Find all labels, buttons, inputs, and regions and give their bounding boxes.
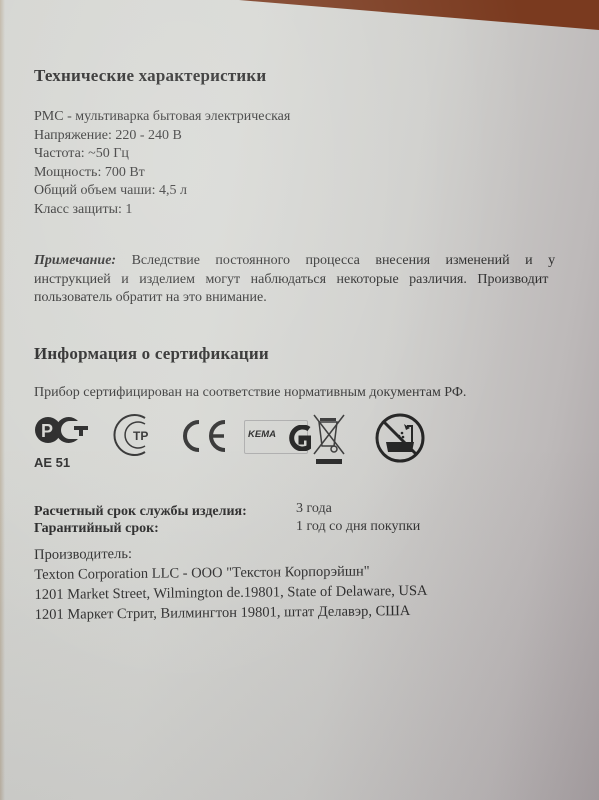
- note-line-2: инструкцией и изделием могут наблюдаться…: [34, 271, 599, 290]
- no-bathtub-use-icon: [374, 412, 426, 469]
- wooden-table-background: [239, 0, 599, 30]
- note-line-1: Вследствие постоянного процесса внесения…: [132, 253, 556, 268]
- pct-gost-r-mark-icon: P AE 51: [34, 412, 90, 470]
- certification-marks: P AE 51 ТР KEMA: [34, 412, 594, 482]
- warranty-value: 1 год со дня покупки: [296, 518, 420, 535]
- note-paragraph: Примечание: Вследствие постоянного проце…: [34, 252, 599, 308]
- lifetime-label: Расчетный срок службы изделия:: [34, 504, 247, 519]
- kema-mark-icon: KEMA: [244, 420, 308, 454]
- kema-text: KEMA: [248, 429, 276, 440]
- weee-crossed-bin-icon: [312, 412, 346, 473]
- ce-mark-icon: [179, 418, 231, 459]
- tech-specs-list: PMC - мультиварка бытовая электрическая …: [34, 108, 290, 219]
- note-label: Примечание:: [34, 253, 116, 268]
- spec-line: Общий объем чаши: 4,5 л: [34, 182, 290, 201]
- spec-line: Напряжение: 220 - 240 В: [34, 127, 290, 146]
- manufacturer-info: Производитель: Texton Corporation LLC - …: [34, 541, 428, 625]
- page-edge: [0, 0, 5, 800]
- certification-statement: Прибор сертифицирован на соответствие но…: [34, 385, 466, 401]
- svg-text:P: P: [41, 421, 53, 441]
- ctp-certification-mark-icon: ТР: [109, 412, 157, 463]
- service-info: Расчетный срок службы изделия: 3 года Га…: [34, 503, 247, 537]
- spec-line: Мощность: 700 Вт: [34, 164, 290, 183]
- tech-specs-heading: Технические характеристики: [34, 66, 266, 86]
- manufacturer-address-ru: 1201 Маркет Стрит, Вилмингтон 19801, шта…: [35, 601, 428, 625]
- spec-line: PMC - мультиварка бытовая электрическая: [34, 108, 290, 127]
- warranty-label: Гарантийный срок:: [34, 521, 159, 536]
- note-line-3: пользователь обратит на это внимание.: [34, 289, 599, 308]
- lifetime-value: 3 года: [296, 500, 332, 517]
- spec-line: Класс защиты: 1: [34, 201, 290, 220]
- ctp-text: ТР: [133, 429, 148, 443]
- pct-caption: AE 51: [34, 455, 90, 470]
- certification-heading: Информация о сертификации: [34, 344, 269, 364]
- spec-line: Частота: ~50 Гц: [34, 145, 290, 164]
